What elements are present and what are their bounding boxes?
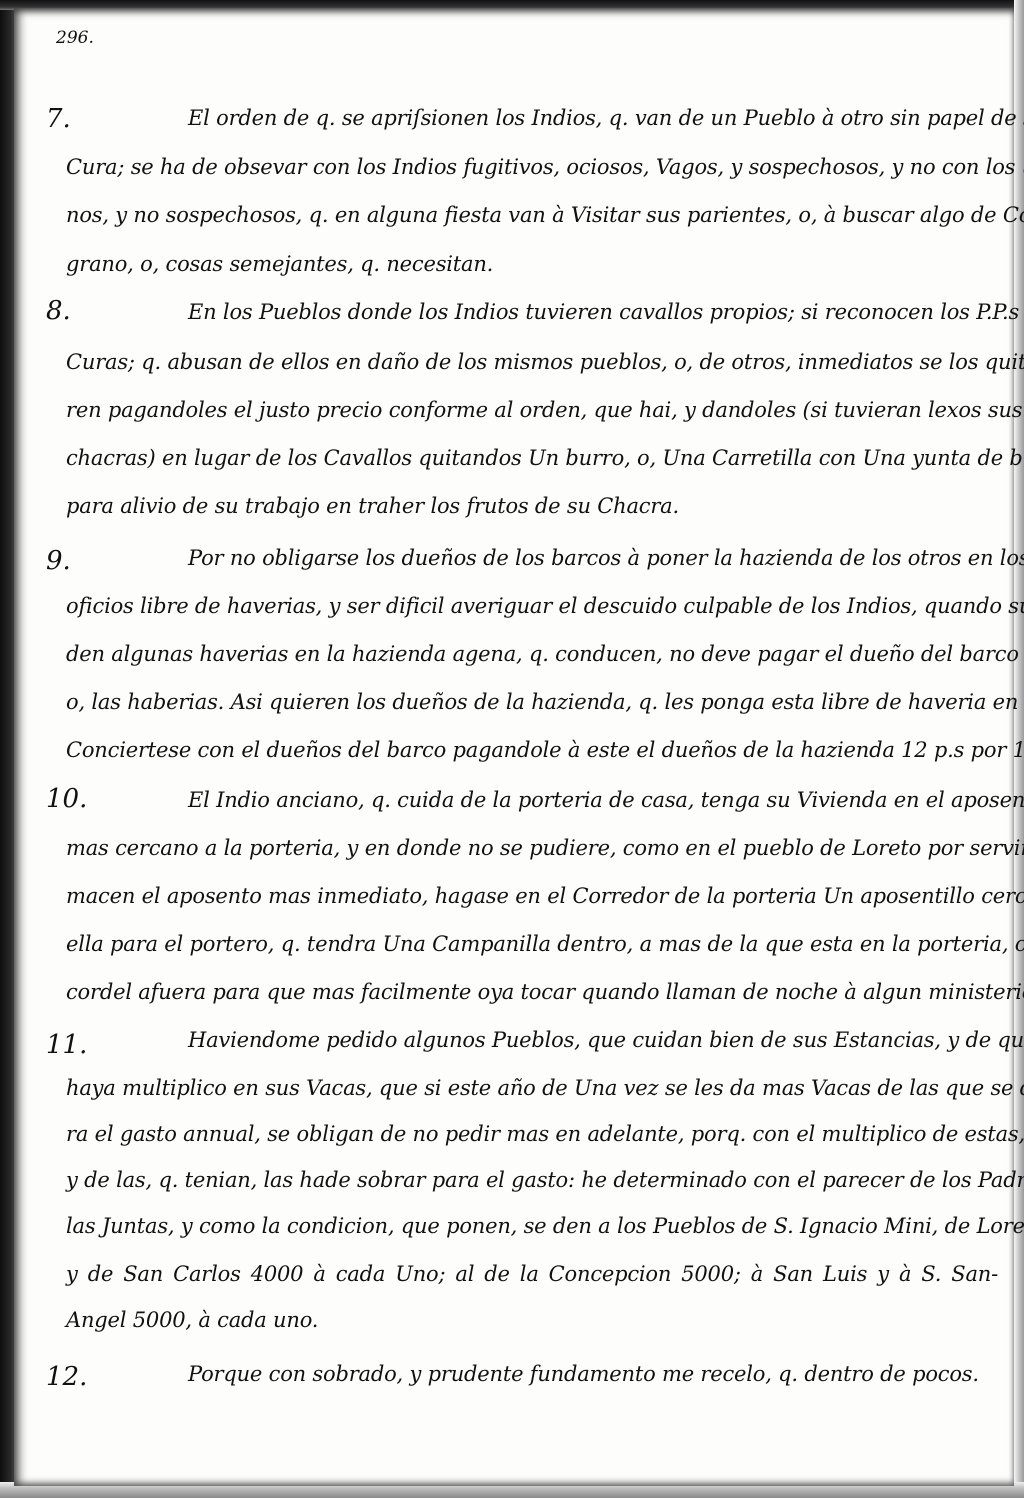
text-line: ra el gasto annual, se obligan de no ped… [66, 1122, 998, 1146]
folio-number: 296. [56, 28, 94, 48]
text-line: chacras) en lugar de los Cavallos quitan… [66, 446, 998, 470]
text-line: y de San Carlos 4000 à cada Uno; al de l… [66, 1262, 998, 1286]
paragraph-number-8: 8. [46, 296, 71, 326]
paragraph-number-9: 9. [46, 546, 71, 576]
paragraph-number-11: 11. [46, 1030, 87, 1060]
text-line: macen el aposento mas inmediato, hagase … [66, 884, 998, 908]
text-line: ella para el portero, q. tendra Una Camp… [66, 932, 998, 956]
text-line: o, las haberias. Asi quieren los dueños … [66, 690, 998, 714]
text-line: den algunas haverias en la hazienda agen… [66, 642, 998, 666]
text-line: Angel 5000, à cada uno. [66, 1308, 998, 1332]
text-line: En los Pueblos donde los Indios tuvieren… [188, 300, 998, 324]
text-line: ren pagandoles el justo precio conforme … [66, 398, 998, 422]
text-line: Curas; q. abusan de ellos en daño de los… [66, 350, 998, 374]
text-line: mas cercano a la porteria, y en donde no… [66, 836, 998, 860]
text-line: cordel afuera para que mas facilmente oy… [66, 980, 998, 1004]
text-line: grano, o, cosas semejantes, q. necesitan… [66, 252, 998, 276]
paragraph-number-10: 10. [46, 784, 87, 814]
text-line: nos, y no sospechosos, q. en alguna fies… [66, 203, 998, 227]
text-line: El orden de q. se apriſsionen los Indios… [188, 106, 998, 130]
text-line: Por no obligarse los dueños de los barco… [188, 546, 998, 570]
text-line: Conciertese con el dueños del barco paga… [66, 738, 998, 762]
text-line: y de las, q. tenian, las hade sobrar par… [66, 1168, 998, 1192]
text-line: para alivio de su trabajo en traher los … [66, 494, 998, 518]
text-line: Haviendome pedido algunos Pueblos, que c… [188, 1028, 998, 1052]
text-line: oficios libre de haverias, y ser dificil… [66, 594, 998, 618]
text-line: las Juntas, y como la condicion, que pon… [66, 1214, 998, 1238]
text-line: haya multiplico en sus Vacas, que si est… [66, 1076, 998, 1100]
paragraph-number-7: 7. [46, 104, 71, 134]
paragraph-number-12: 12. [46, 1362, 87, 1392]
text-line: Porque con sobrado, y prudente fundament… [188, 1362, 998, 1386]
text-line: El Indio anciano, q. cuida de la porteri… [188, 788, 998, 812]
text-line: Cura; se ha de obsevar con los Indios fu… [66, 155, 998, 179]
